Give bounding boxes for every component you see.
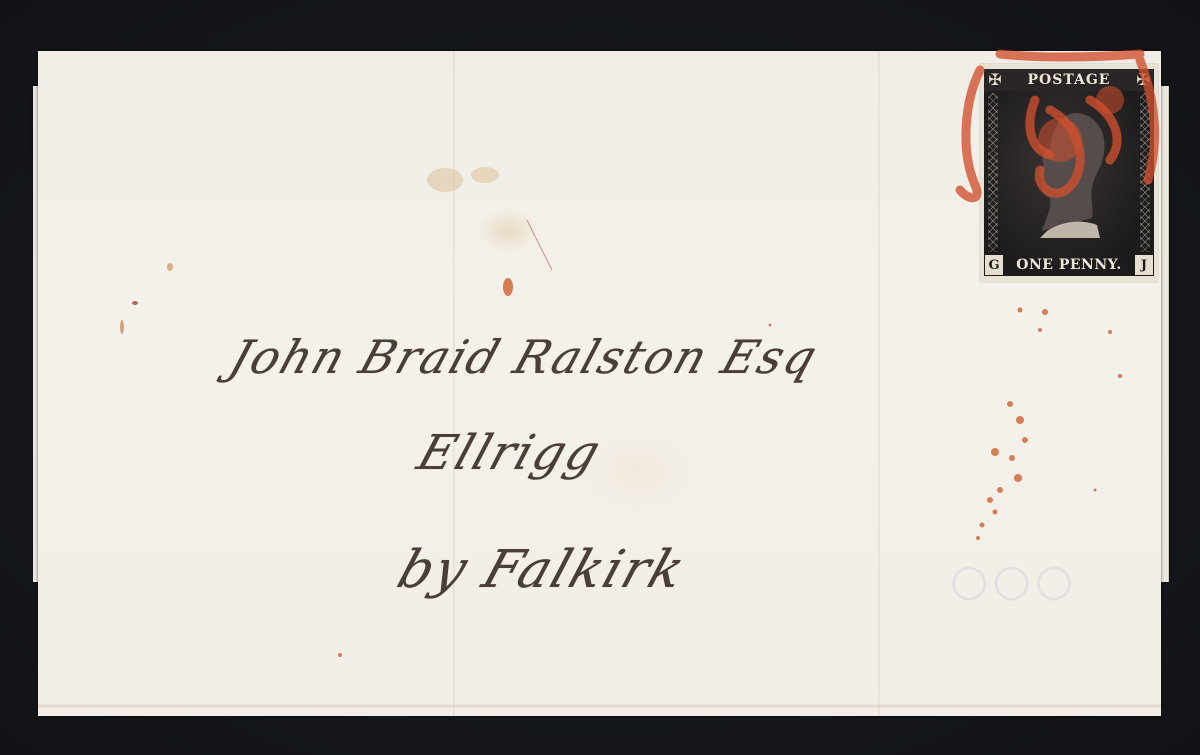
handwritten-address: John Braid Ralston Esq Ellrigg by Falkir… — [0, 0, 1200, 755]
address-line-town: by Falkirk — [390, 540, 693, 600]
address-line-place: Ellrigg — [411, 425, 609, 481]
address-line-name: John Braid Ralston Esq — [223, 330, 825, 384]
